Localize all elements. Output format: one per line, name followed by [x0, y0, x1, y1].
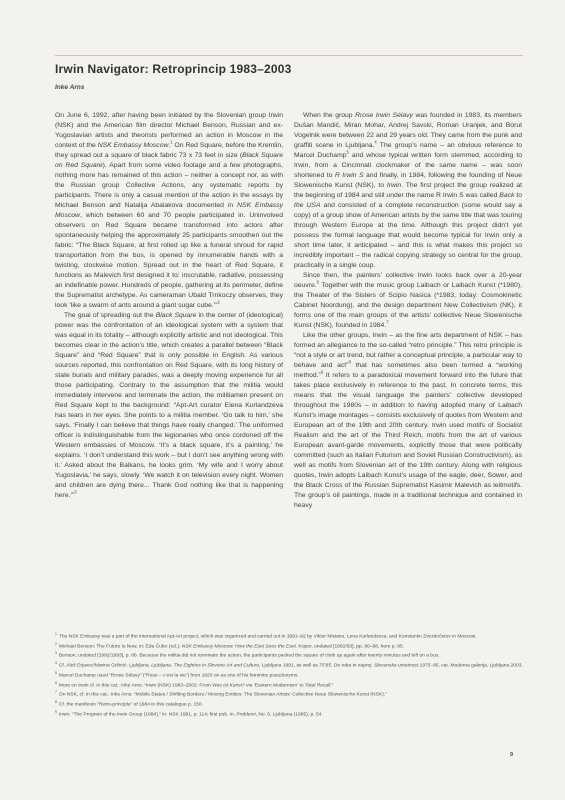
footnote: 7On NSK, cf. in this cat.: Inke Arns: “M… — [55, 689, 523, 699]
footnote-number: 4 — [55, 661, 57, 665]
header-rule — [55, 55, 523, 56]
left-column: On June 6, 1992, after having been initi… — [55, 111, 283, 511]
author-byline: Inke Arns — [55, 84, 84, 91]
footnote-number: 5 — [55, 671, 57, 675]
page-number: 9 — [510, 752, 513, 758]
document-page: Irwin Navigator: Retroprincip 1983–2003 … — [0, 0, 565, 800]
footnote-number: 9 — [55, 710, 57, 714]
footnote-number: 7 — [55, 690, 57, 694]
footnote-text: More on Irwin cf. in this cat.: Inke Arn… — [59, 683, 333, 688]
footnote: 4Cf. Aleš Erjavec/Marina Gržinić: Ljublj… — [55, 660, 523, 670]
footnote-number: 3 — [55, 651, 57, 655]
paragraph: The goal of spreading out the Black Squa… — [55, 311, 283, 501]
footnote-text: Cf. the manifesto “Retro-principle” of 1… — [59, 703, 203, 708]
footnote: 5Marcel Duchamp used “Rrose Sélavy” (“Ro… — [55, 670, 523, 680]
footnotes-section: 1The NSK Embassy was a part of the inter… — [55, 631, 523, 718]
footnote-text: Cf. Aleš Erjavec/Marina Gržinić: Ljublja… — [59, 664, 523, 669]
text-block: Irwin Navigator: Retroprincip 1983–2003 … — [55, 0, 523, 800]
footnote: 2Michael Benson: The Future Is Now, in: … — [55, 641, 523, 651]
page-title: Irwin Navigator: Retroprincip 1983–2003 — [55, 62, 292, 76]
footnote: 6More on Irwin cf. in this cat.: Inke Ar… — [55, 680, 523, 690]
footnote-text: Marcel Duchamp used “Rrose Sélavy” (“Ros… — [59, 674, 299, 679]
footnote: 3Benson, undated [1992/1993], p. 86. Bec… — [55, 650, 523, 660]
footnote-number: 6 — [55, 681, 57, 685]
article-body: On June 6, 1992, after having been initi… — [55, 111, 523, 511]
footnote: 9Irwin: “The Program of the Irwin Group … — [55, 709, 523, 719]
footnote-number: 2 — [55, 642, 57, 646]
footnote-text: Irwin: “The Program of the Irwin Group (… — [59, 712, 323, 717]
paragraph: Like the other groups, Irwin – as the fi… — [294, 331, 522, 511]
footnote-text: Michael Benson: The Future Is Now, in: E… — [59, 644, 404, 649]
footnote-text: Benson, undated [1992/1993], p. 86. Beca… — [59, 654, 440, 659]
paragraph: On June 6, 1992, after having been initi… — [55, 111, 283, 311]
footnote-text: The NSK Embassy was a part of the intern… — [59, 635, 476, 640]
footnote-number: 8 — [55, 700, 57, 704]
footnote: 1The NSK Embassy was a part of the inter… — [55, 631, 523, 641]
footnote-text: On NSK, cf. in this cat.: Inke Arns: “Mo… — [59, 693, 387, 698]
footnote-number: 1 — [55, 632, 57, 636]
paragraph: When the group Rrose Irwin Sélavy was fo… — [294, 111, 522, 271]
paragraph: Since then, the painters’ collective Irw… — [294, 271, 522, 331]
footnote: 8Cf. the manifesto “Retro-principle” of … — [55, 699, 523, 709]
right-column: When the group Rrose Irwin Sélavy was fo… — [294, 111, 522, 511]
